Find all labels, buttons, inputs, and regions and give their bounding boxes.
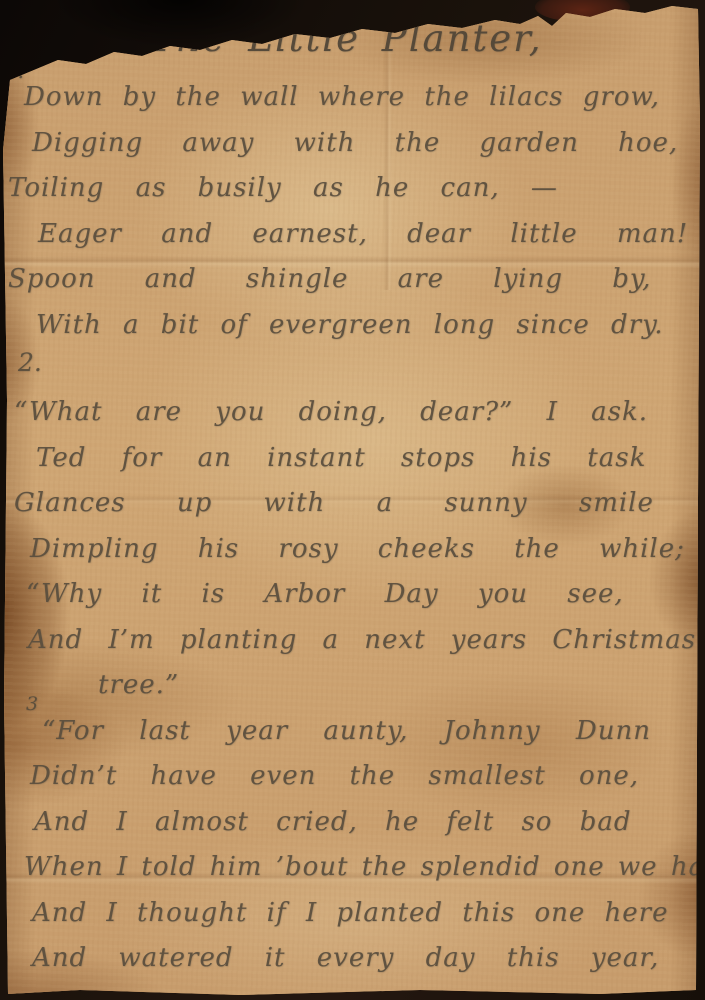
- poem-line: Eager and earnest, dear little man!: [8, 212, 705, 258]
- stanza-3: 3“For last year aunty, Johnny DunnDidn’t…: [8, 709, 705, 982]
- poem-line: Spoon and shingle are lying by,: [8, 257, 705, 303]
- poem-line: And I almost cried, he felt so bad: [8, 800, 705, 846]
- poem-line: And I’m planting a next years Christmas: [8, 618, 705, 664]
- poem-line: Didn’t have even the smallest one,: [8, 754, 705, 800]
- paper-sheet: The Little Planter, 1.Down by the wall w…: [0, 0, 705, 1000]
- poem-line: Down by the wall where the lilacs grow,: [8, 75, 705, 121]
- poem-line: Toiling as busily as he can, —: [8, 166, 705, 212]
- photo-backdrop: The Little Planter, 1.Down by the wall w…: [0, 0, 705, 1000]
- poem-title: The Little Planter,: [150, 20, 705, 57]
- poem-line: When I told him ’bout the splendid one w…: [8, 845, 705, 891]
- poem-line: Digging away with the garden hoe,: [8, 121, 705, 167]
- poem-line: Dimpling his rosy cheeks the while;: [8, 527, 705, 573]
- poem-line: “What are you doing, dear?” I ask.: [8, 390, 705, 436]
- poem-line: tree.”: [8, 663, 705, 709]
- stanza-number: 3: [26, 693, 38, 715]
- stanza-number: 1.: [4, 59, 24, 83]
- poem-stanzas: 1.Down by the wall where the lilacs grow…: [8, 75, 705, 982]
- poem-line: “For last year aunty, Johnny Dunn: [8, 709, 705, 755]
- poem: The Little Planter, 1.Down by the wall w…: [0, 0, 705, 1000]
- poem-line: And I thought if I planted this one here: [8, 891, 705, 937]
- stanza-2: 2.“What are you doing, dear?” I ask.Ted …: [8, 348, 705, 709]
- stanza-1: 1.Down by the wall where the lilacs grow…: [8, 75, 705, 348]
- poem-line: “Why it is Arbor Day you see,: [8, 572, 705, 618]
- poem-line: And watered it every day this year,: [8, 936, 705, 982]
- poem-line: With a bit of evergreen long since dry.: [8, 303, 705, 349]
- poem-line: Ted for an instant stops his task: [8, 436, 705, 482]
- poem-line: Glances up with a sunny smile: [8, 481, 705, 527]
- stanza-number: 2.: [8, 348, 705, 390]
